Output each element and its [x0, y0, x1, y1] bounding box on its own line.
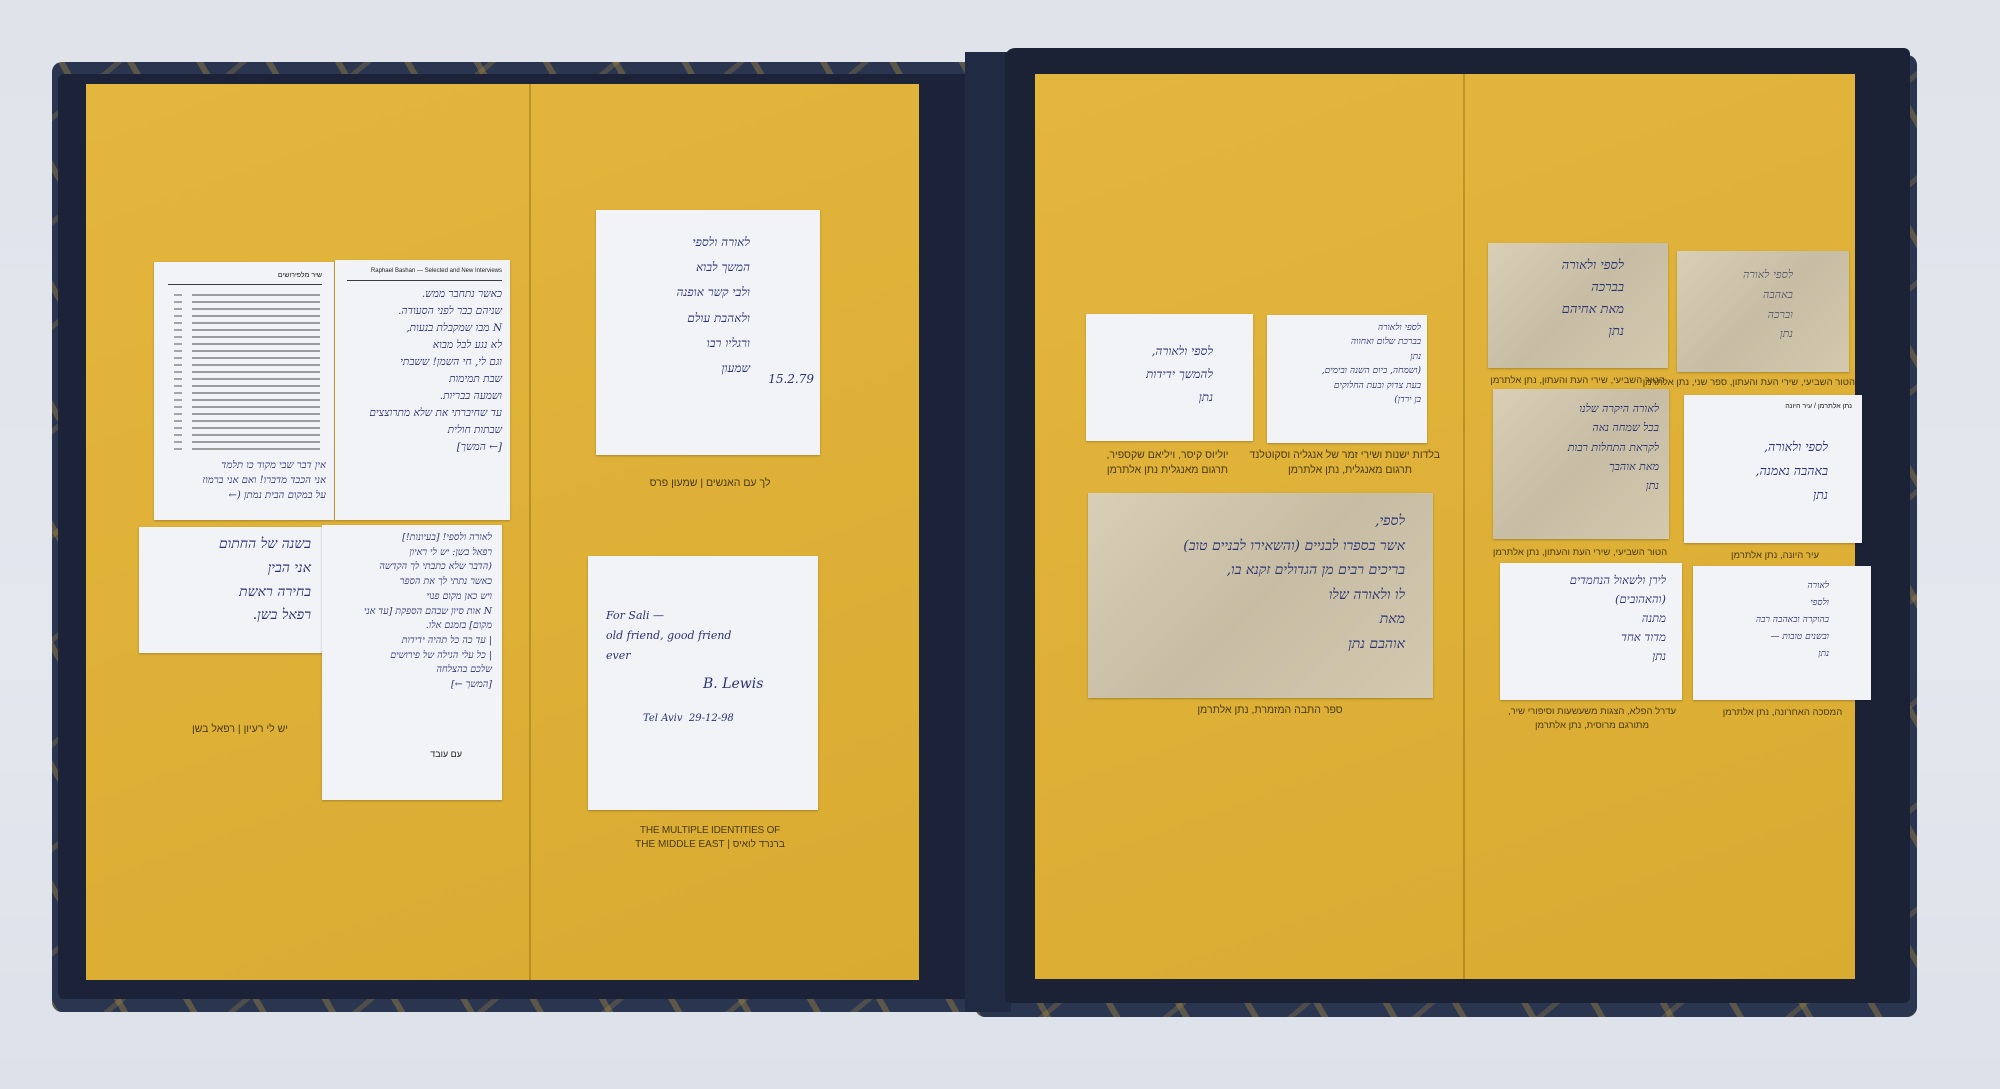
handwriting: לאורה היקרה שלנו בכל שמחה נאה לקראת התחל…: [1568, 399, 1659, 495]
divider: [168, 284, 322, 285]
dedication-note-city-of-dove: נתן אלתרמן / עיר היונה לספי ולאורה, באהב…: [1684, 395, 1862, 543]
dedication-note-lewis: For Sali — old friend, good friend ever …: [588, 556, 818, 810]
caption-city-of-dove: עיר היונה, נתן אלתרמן: [1700, 549, 1850, 563]
note-date: 15.2.79: [768, 370, 814, 389]
handwriting: כאשר נתחבר ממש. שניהם כבר לפני הסעודה. N…: [369, 286, 502, 456]
dedication-note-peres: לאורה ולספי המשך לבוא ולבי קשר אופנה ולא…: [596, 210, 820, 455]
handwriting: לספי ולאורה בברכה מאת אחיהם נתן: [1562, 255, 1624, 343]
dedication-note-letter: Raphael Bashan — Selected and New Interv…: [335, 260, 510, 520]
print-header: נתן אלתרמן / עיר היונה: [1785, 403, 1852, 410]
caption-lech-im-haanashim: לך עם האנשים | שמעון פרס: [620, 476, 800, 491]
handwriting: בשנה של החתום אני הבין בחירה ראשת רפאל ב…: [219, 533, 311, 628]
handwriting: לספי ולאורה בברכת שלום ואחווה נתן (ושמחה…: [1322, 321, 1421, 407]
caption-seventh-column-3: הטור השביעי, שירי העת והעתון, נתן אלתרמן: [1485, 546, 1675, 560]
handwriting: לירן ולשאול הנחמדים (והאהובים) מתנה מדוד…: [1570, 571, 1666, 666]
caption-ballads: בלדות ישנות ושירי זמר של אנגליה וסקוטלנד…: [1260, 448, 1440, 478]
handwriting: אין דבר שבי מקוד כו תלמד אני הכבד מדברו!…: [202, 458, 326, 503]
handwriting: לספי לאורה באהבה וברכה נתן: [1743, 265, 1793, 344]
divider: [347, 280, 502, 281]
signature: B. Lewis: [703, 674, 763, 696]
handwriting: לספי, אשר בספרו לבניים (והשאירו לבניים ט…: [1183, 509, 1405, 656]
print-header: שיר מלפירושים: [278, 272, 322, 279]
handwriting: לאורה ולספי! [בעיונות!] רפאל בשן: יש לי …: [364, 531, 492, 693]
dedication-note-toc: שיר מלפירושים אין דבר שבי מקוד כו תלמד א…: [154, 262, 334, 520]
caption-last-mask: המסכה האחרונה, נתן אלתרמן: [1700, 706, 1865, 720]
page-fold: [1463, 74, 1465, 979]
caption-music-box: ספר התבה המזמרת, נתן אלתרמן: [1190, 703, 1350, 718]
dedication-card-bashan: בשנה של החתום אני הבין בחירה ראשת רפאל ב…: [139, 527, 325, 653]
handwriting-en: For Sali — old friend, good friend ever: [606, 606, 731, 665]
toc-list: [192, 294, 320, 454]
toc-page-numbers: [174, 294, 182, 454]
place-date: Tel Aviv 29-12-98: [643, 711, 734, 727]
dedication-note-am-oved: לאורה ולספי! [בעיונות!] רפאל בשן: יש לי …: [322, 525, 502, 800]
page-fold: [529, 84, 531, 980]
dedication-note-seventh-column-3: לאורה היקרה שלנו בכל שמחה נאה לקראת התחל…: [1493, 389, 1669, 539]
caption-seventh-column-2: הטור השביעי, שירי העת והעתון, ספר שני, נ…: [1675, 376, 1855, 390]
dedication-note-julius-caesar: לספי ולאורה, להמשך ידידות נתן: [1086, 314, 1253, 441]
dedication-note-wonder-hedgehog: לירן ולשאול הנחמדים (והאהובים) מתנה מדוד…: [1500, 563, 1682, 700]
handwriting: לספי ולאורה, באהבה נאמנה, נתן: [1755, 435, 1828, 506]
dedication-note-ballads: לספי ולאורה בברכת שלום ואחווה נתן (ושמחה…: [1267, 315, 1427, 443]
caption-julius-caesar: יוליוס קיסר, ויליאם שקספיר, תרגום מאנגלי…: [1080, 448, 1255, 478]
print-header: Raphael Bashan — Selected and New Interv…: [371, 268, 502, 274]
dedication-note-seventh-column-1: לספי ולאורה בברכה מאת אחיהם נתן: [1488, 243, 1668, 368]
dedication-note-music-box: לספי, אשר בספרו לבניים (והשאירו לבניים ט…: [1088, 493, 1433, 698]
dedication-note-last-mask: לאורה ולספי בהוקרה ובאהבה רבה ובשנים טוב…: [1693, 566, 1871, 700]
caption-multiple-identities-line2: ברנרד לואיס | THE MIDDLE EAST: [620, 838, 800, 853]
caption-multiple-identities-line1: THE MULTIPLE IDENTITIES OF: [620, 824, 800, 839]
handwriting: לאורה ולספי המשך לבוא ולבי קשר אופנה ולא…: [676, 230, 750, 381]
handwriting: לאורה ולספי בהוקרה ובאהבה רבה ובשנים טוב…: [1756, 578, 1829, 663]
handwriting: לספי ולאורה, להמשך ידידות נתן: [1146, 340, 1213, 408]
caption-wonder-hedgehog: עדרל הפלא, הצגות משעשעות וסיפורי שיר, מת…: [1492, 705, 1692, 733]
publisher-imprint: עם עובד: [430, 749, 462, 759]
dedication-note-seventh-column-2: לספי לאורה באהבה וברכה נתן: [1677, 251, 1849, 372]
caption-yesh-li-rayon: יש לי רעיון | רפאל בשן: [160, 722, 320, 737]
